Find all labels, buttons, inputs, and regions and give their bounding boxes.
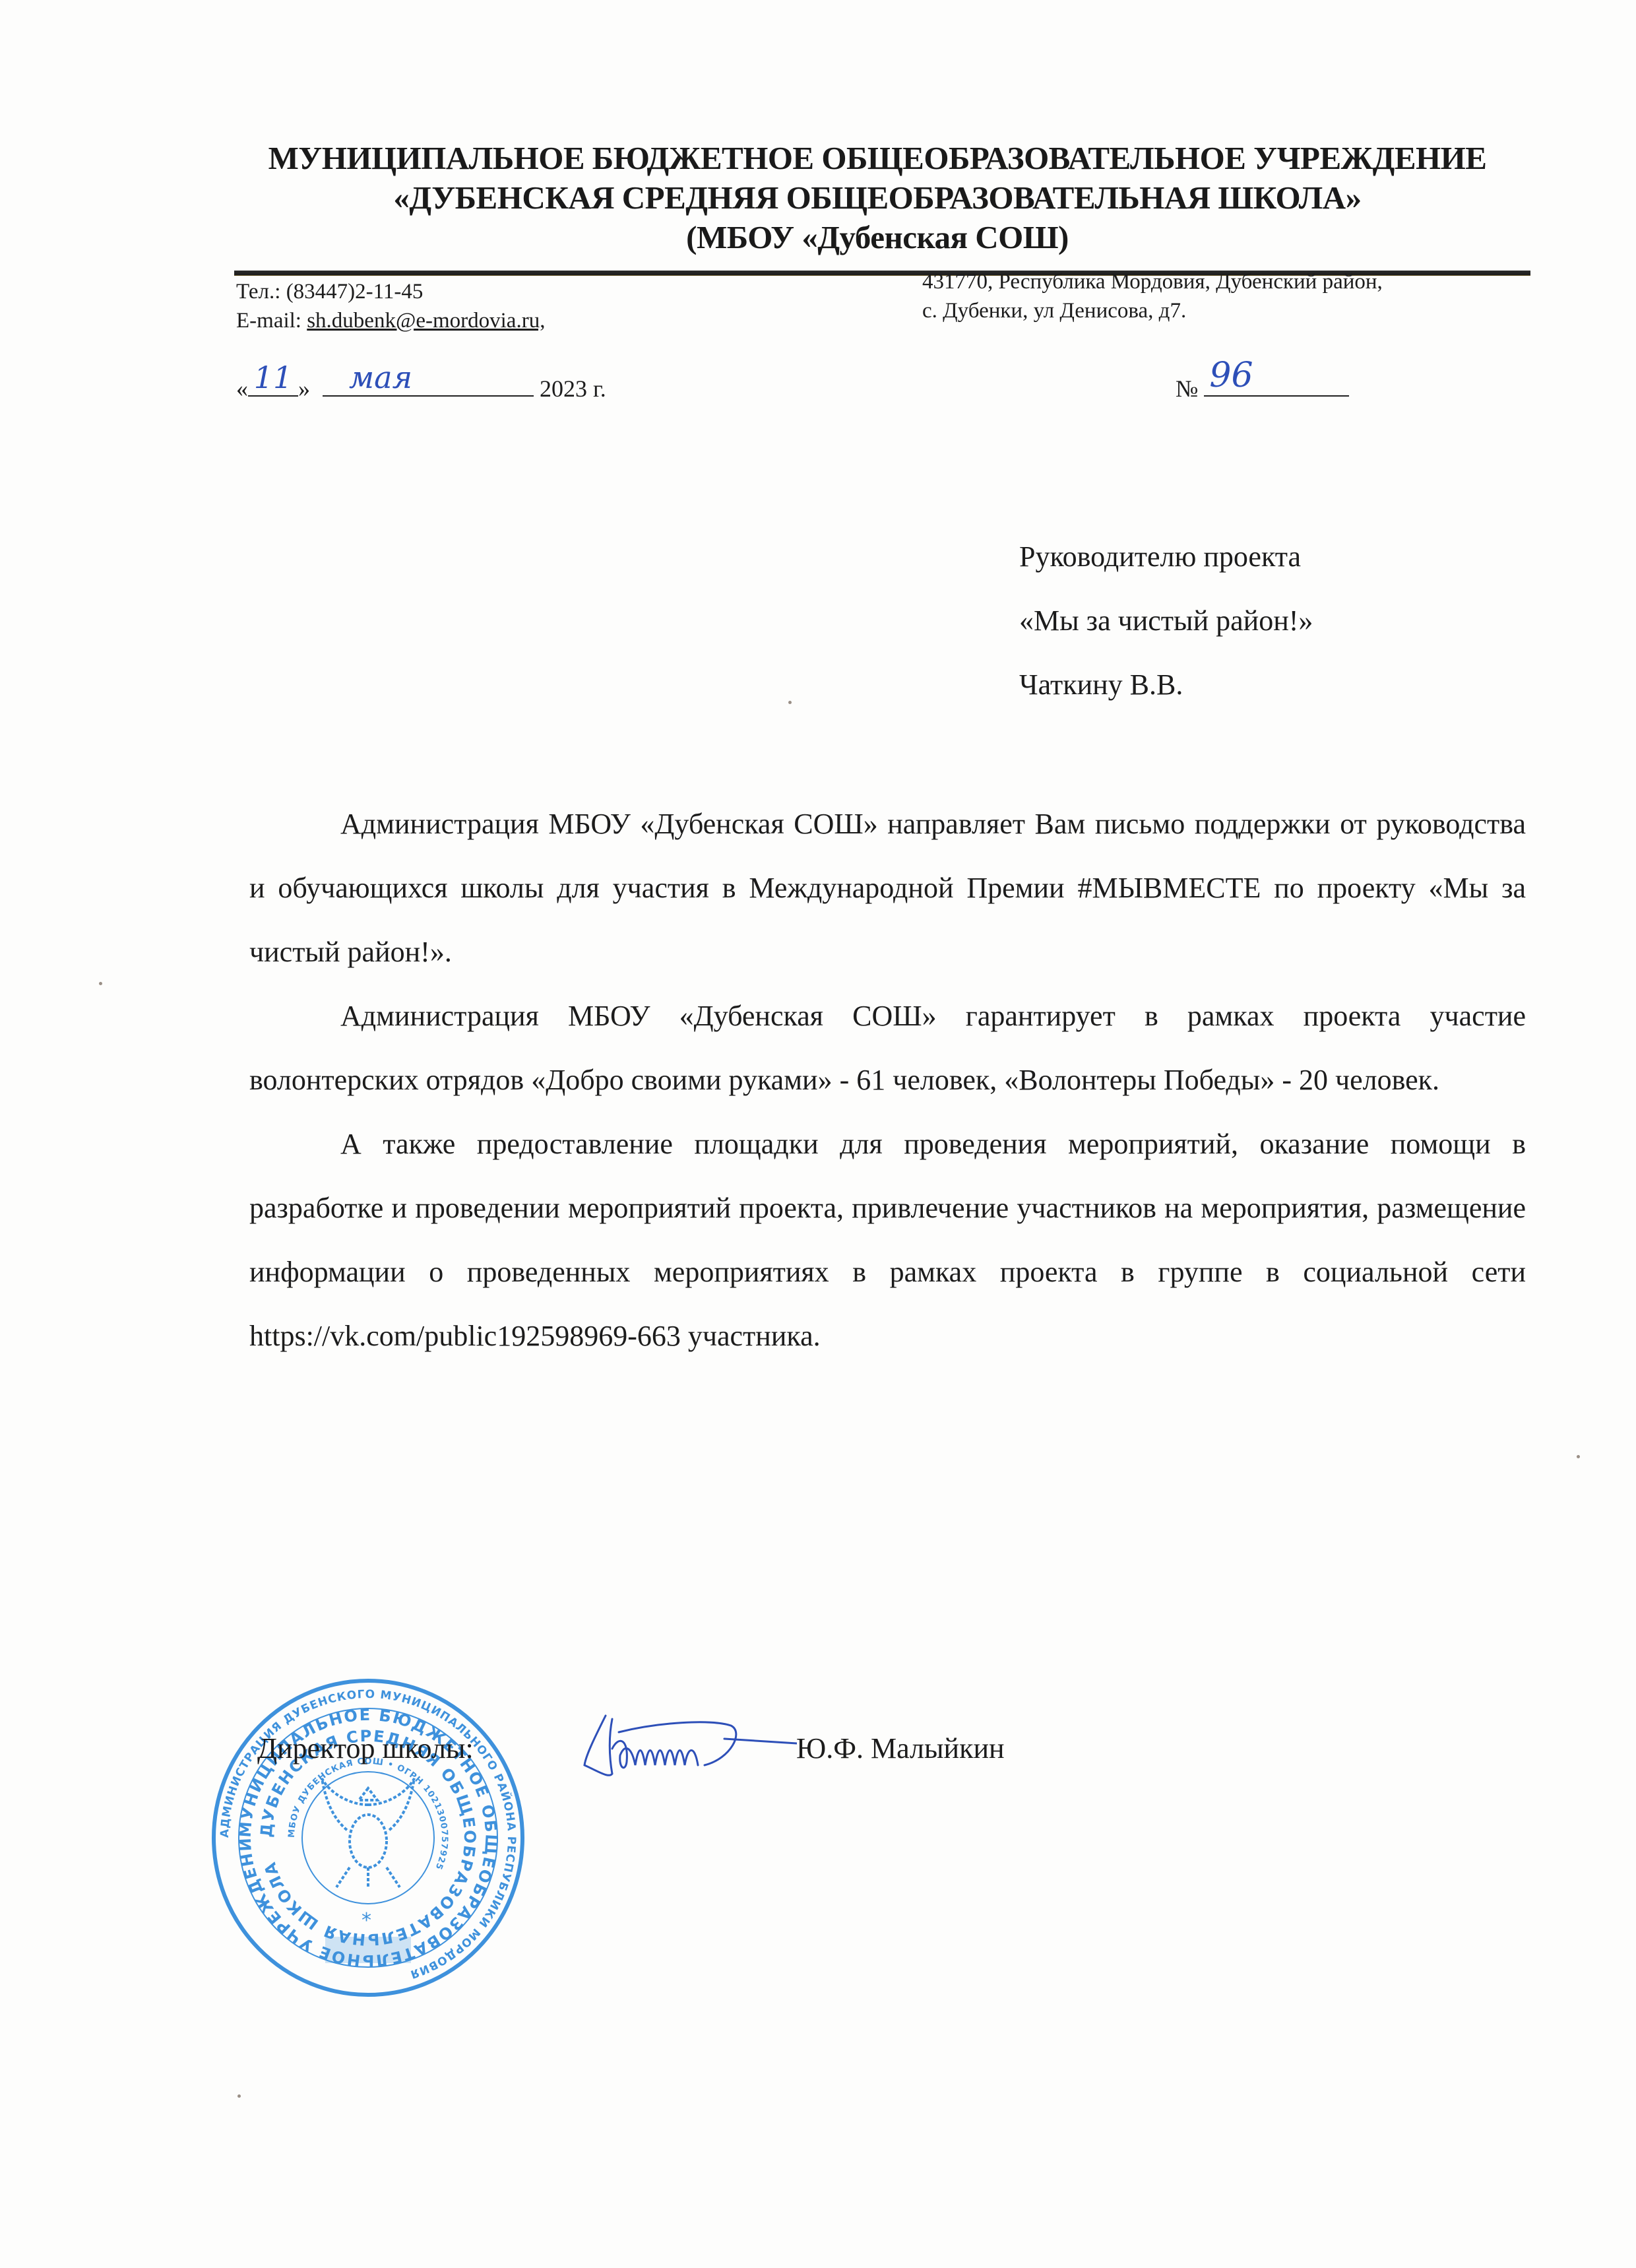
paragraph-guarantee: Администрация МБОУ «Дубенская СОШ» гаран… <box>249 984 1526 1112</box>
address-line1: 431770, Республика Мордовия, Дубенский р… <box>922 267 1383 296</box>
addressee-name: Чаткину В.В. <box>1019 653 1313 717</box>
addressee-project: «Мы за чистый район!» <box>1019 589 1313 653</box>
day-handwritten: 11 <box>248 362 298 393</box>
email-link[interactable]: sh.dubenk@e-mordovia.ru, <box>307 309 545 333</box>
day-field: 11 <box>248 366 298 397</box>
official-stamp-icon: АДМИНИСТРАЦИЯ ДУБЕНСКОГО МУНИЦИПАЛЬНОГО … <box>210 1676 526 1999</box>
number-field: 96 <box>1204 366 1349 397</box>
org-short-name: (МБОУ «Дубенская СОШ) <box>224 218 1530 257</box>
postal-address: 431770, Республика Мордовия, Дубенский р… <box>922 267 1383 325</box>
phone-label: Тел.: <box>236 280 280 304</box>
registration-number: № 96 <box>1176 366 1349 405</box>
signatory-title: Директор школы: <box>257 1729 474 1768</box>
scan-speck <box>237 2094 241 2098</box>
year: 2023 г. <box>540 375 606 402</box>
month-handwritten: мая <box>323 362 534 393</box>
scan-speck <box>99 982 102 985</box>
number-handwritten: 96 <box>1204 358 1349 393</box>
org-name-line1: МУНИЦИПАЛЬНОЕ БЮДЖЕТНОЕ ОБЩЕОБРАЗОВАТЕЛЬ… <box>224 139 1530 178</box>
number-label: № <box>1176 375 1198 402</box>
paragraph-assistance: А также предоставление площадки для пров… <box>249 1112 1526 1368</box>
handwritten-signature-icon <box>579 1709 797 1782</box>
org-name-line2: «ДУБЕНСКАЯ СРЕДНЯЯ ОБЩЕОБРАЗОВАТЕЛЬНАЯ Ш… <box>224 178 1530 218</box>
document-date: «11» мая 2023 г. <box>236 366 606 405</box>
letter-body: Администрация МБОУ «Дубенская СОШ» напра… <box>249 792 1526 1368</box>
email-label: E-mail: <box>236 309 301 333</box>
svg-text:*: * <box>362 1909 371 1932</box>
address-line2: с. Дубенки, ул Денисова, д7. <box>922 296 1383 325</box>
paragraph-support: Администрация МБОУ «Дубенская СОШ» напра… <box>249 792 1526 984</box>
quote-open: « <box>236 375 248 402</box>
organization-header: МУНИЦИПАЛЬНОЕ БЮДЖЕТНОЕ ОБЩЕОБРАЗОВАТЕЛЬ… <box>224 139 1530 257</box>
month-field: мая <box>323 366 534 397</box>
phone-number: (83447)2-11-45 <box>286 280 424 304</box>
quote-close: » <box>298 375 310 402</box>
scan-speck <box>1577 1455 1580 1458</box>
email-line: E-mail: sh.dubenk@e-mordovia.ru, <box>236 306 545 335</box>
signatory-name: Ю.Ф. Малыйкин <box>796 1729 1005 1768</box>
contact-info: Тел.: (83447)2-11-45 E-mail: sh.dubenk@e… <box>236 277 545 335</box>
addressee-block: Руководителю проекта «Мы за чистый район… <box>1019 525 1313 717</box>
addressee-position: Руководителю проекта <box>1019 525 1313 589</box>
scan-speck <box>788 701 792 704</box>
phone-line: Тел.: (83447)2-11-45 <box>236 277 545 306</box>
